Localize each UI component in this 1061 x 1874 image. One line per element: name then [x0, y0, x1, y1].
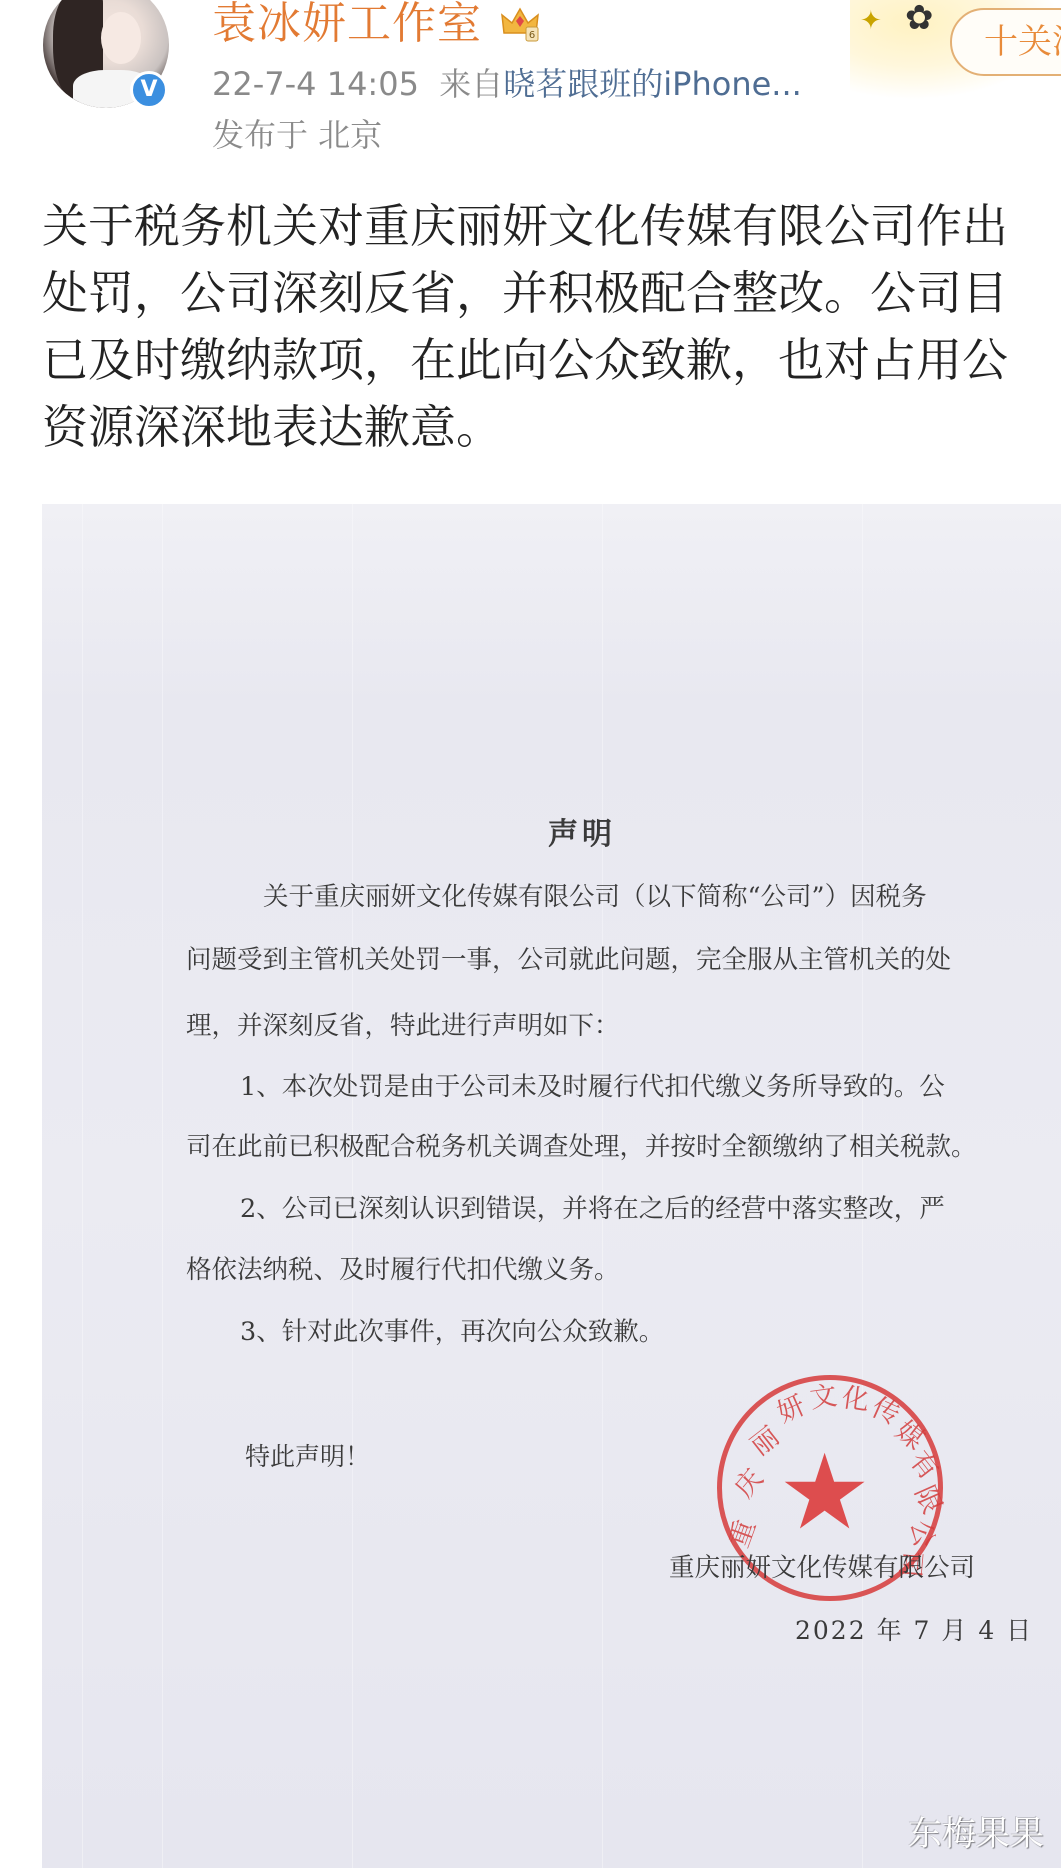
sparkle-icon: ✦ [860, 6, 882, 36]
statement-photo[interactable] [42, 504, 1061, 1868]
source-device-link[interactable]: 晓茗跟班的iPhone... [503, 65, 802, 103]
seal-star-icon: ★ [778, 1440, 871, 1544]
seal-char: 化 [840, 1384, 871, 1415]
document-sign-off: 特此声明！ [245, 1440, 370, 1474]
document-line: 1、本次处罚是由于公司未及时履行代扣代缴义务所导致的。公 [240, 1070, 945, 1104]
document-line: 关于重庆丽妍文化传媒有限公司（以下简称“公司”）因税务 [263, 880, 927, 914]
source-prefix: 来自 [439, 65, 503, 103]
crown-member-icon: 6 [500, 5, 540, 43]
document-line: 格依法纳税、及时履行代扣代缴义务。 [186, 1253, 620, 1287]
follow-button[interactable]: 十关注 [950, 8, 1061, 76]
document-line: 理，并深刻反省，特此进行声明如下： [186, 1009, 620, 1043]
watermark: 东梅果果 [908, 1814, 1044, 1854]
document-line: 3、针对此次事件，再次向公众致歉。 [240, 1315, 664, 1349]
post-line: 处罚，公司深刻反省，并积极配合整改。公司目 [42, 260, 1061, 327]
verified-badge-icon: V [130, 71, 168, 109]
post-location: 发布于 北京 [212, 113, 382, 157]
document-line: 司在此前已积极配合税务机关调查处理，并按时全额缴纳了相关税款。 [186, 1130, 977, 1164]
post-text: 关于税务机关对重庆丽妍文化传媒有限公司作出 处罚，公司深刻反省，并积极配合整改。… [42, 193, 1061, 461]
username[interactable]: 袁冰妍工作室 [212, 0, 482, 52]
post-timestamp: 22-7-4 14:05 [212, 65, 419, 103]
avatar-face [101, 12, 141, 64]
post-line: 关于税务机关对重庆丽妍文化传媒有限公司作出 [42, 193, 1061, 260]
document-signature: 重庆丽妍文化传媒有限公司 [669, 1550, 975, 1586]
document-line: 问题受到主管机关处罚一事，公司就此问题，完全服从主管机关的处 [186, 943, 951, 977]
svg-text:6: 6 [529, 30, 535, 41]
post-line: 资源深深地表达歉意。 [42, 394, 1061, 461]
seal-char: 文 [808, 1382, 839, 1413]
post-line: 已及时缴纳款项，在此向公众致歉，也对占用公 [42, 327, 1061, 394]
flower-icon: ✿ [905, 0, 934, 38]
seal-char: 公 [905, 1518, 937, 1549]
document-title: 声明 [548, 815, 616, 855]
post-meta: 22-7-4 14:05 来自晓茗跟班的iPhone... [212, 62, 802, 106]
document-line: 2、公司已深刻认识到错误，并将在之后的经营中落实整改，严 [240, 1192, 945, 1226]
document-date: 2022 年 7 月 4 日 [795, 1613, 1033, 1649]
